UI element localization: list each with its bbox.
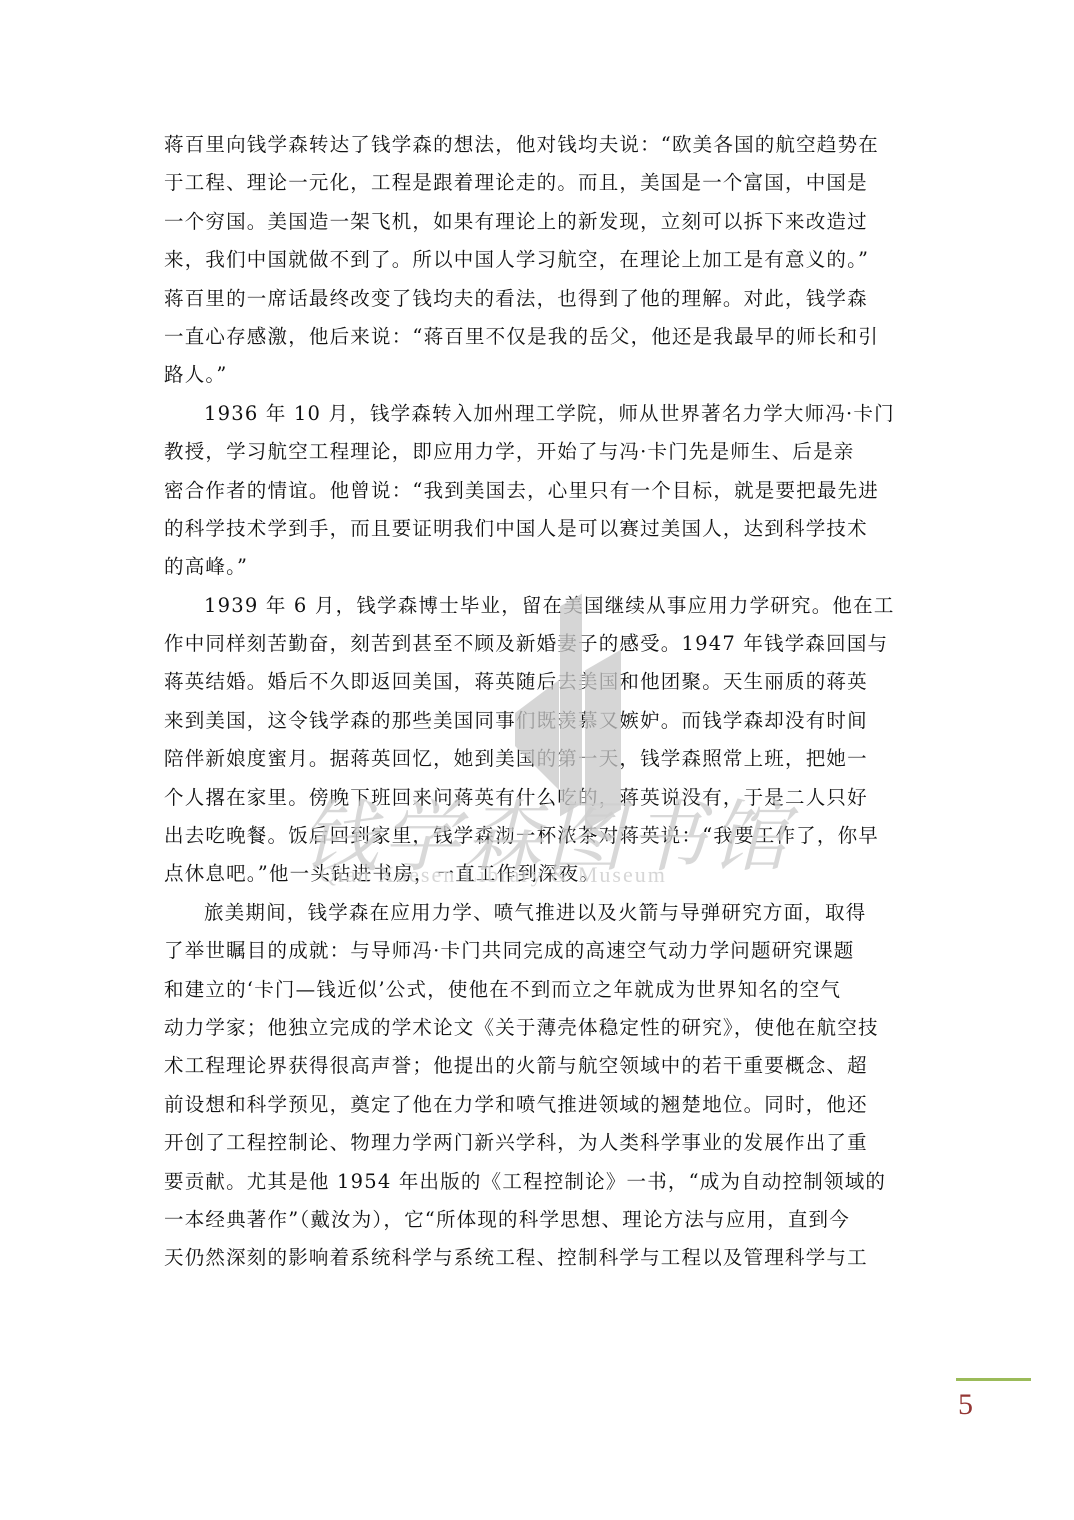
text-line: 蒋百里的一席话最终改变了钱均夫的看法，也得到了他的理解。对此，钱学森 (164, 280, 914, 318)
text-line: 教授，学习航空工程理论，即应用力学，开始了与冯·卡门先是师生、后是亲 (164, 433, 914, 471)
text-line: 天仍然深刻的影响着系统科学与系统工程、控制科学与工程以及管理科学与工 (164, 1239, 914, 1277)
body-text: 蒋百里向钱学森转达了钱学森的想法，他对钱均夫说：“欧美各国的航空趋势在于工程、理… (164, 126, 914, 1278)
text-line: 出去吃晚餐。饭后回到家里，钱学森沏一杯浓茶对蒋英说：“我要工作了，你早 (164, 817, 914, 855)
text-line: 了举世瞩目的成就：与导师冯·卡门共同完成的高速空气动力学问题研究课题 (164, 932, 914, 970)
text-line: 1939 年 6 月，钱学森博士毕业，留在美国继续从事应用力学研究。他在工 (164, 587, 914, 625)
text-line: 旅美期间，钱学森在应用力学、喷气推进以及火箭与导弹研究方面，取得 (164, 894, 914, 932)
text-line: 点休息吧。”他一头钻进书房，一直工作到深夜。 (164, 855, 914, 893)
text-line: 术工程理论界获得很高声誉；他提出的火箭与航空领域中的若干重要概念、超 (164, 1047, 914, 1085)
text-line: 来到美国，这令钱学森的那些美国同事们既羡慕又嫉妒。而钱学森却没有时间 (164, 702, 914, 740)
text-line: 前设想和科学预见，奠定了他在力学和喷气推进领域的翘楚地位。同时，他还 (164, 1086, 914, 1124)
text-line: 来，我们中国就做不到了。所以中国人学习航空，在理论上加工是有意义的。” (164, 241, 914, 279)
text-line: 和建立的‘卡门—钱近似’公式，使他在不到而立之年就成为世界知名的空气 (164, 971, 914, 1009)
text-line: 蒋百里向钱学森转达了钱学森的想法，他对钱均夫说：“欧美各国的航空趋势在 (164, 126, 914, 164)
text-line: 路人。” (164, 356, 914, 394)
footer-rule (956, 1378, 1031, 1381)
text-line: 的高峰。” (164, 548, 914, 586)
text-line: 个人撂在家里。傍晚下班回来问蒋英有什么吃的，蒋英说没有，于是二人只好 (164, 779, 914, 817)
text-line: 1936 年 10 月，钱学森转入加州理工学院，师从世界著名力学大师冯·卡门 (164, 395, 914, 433)
text-line: 一直心存感激，他后来说：“蒋百里不仅是我的岳父，他还是我最早的师长和引 (164, 318, 914, 356)
text-line: 开创了工程控制论、物理力学两门新兴学科，为人类科学事业的发展作出了重 (164, 1124, 914, 1162)
page-number: 5 (958, 1388, 973, 1422)
text-line: 陪伴新娘度蜜月。据蒋英回忆，她到美国的第一天，钱学森照常上班，把她一 (164, 740, 914, 778)
text-line: 密合作者的情谊。他曾说：“我到美国去，心里只有一个目标，就是要把最先进 (164, 472, 914, 510)
text-line: 一个穷国。美国造一架飞机，如果有理论上的新发现，立刻可以拆下来改造过 (164, 203, 914, 241)
text-line: 蒋英结婚。婚后不久即返回美国，蒋英随后去美国和他团聚。天生丽质的蒋英 (164, 663, 914, 701)
text-line: 要贡献。尤其是他 1954 年出版的《工程控制论》一书，“成为自动控制领域的 (164, 1163, 914, 1201)
document-page: 蒋百里向钱学森转达了钱学森的想法，他对钱均夫说：“欧美各国的航空趋势在于工程、理… (0, 0, 1074, 1520)
text-line: 一本经典著作”（戴汝为），它“所体现的科学思想、理论方法与应用，直到今 (164, 1201, 914, 1239)
text-line: 于工程、理论一元化，工程是跟着理论走的。而且，美国是一个富国，中国是 (164, 164, 914, 202)
text-line: 动力学家；他独立完成的学术论文《关于薄壳体稳定性的研究》，使他在航空技 (164, 1009, 914, 1047)
text-line: 作中同样刻苦勤奋，刻苦到甚至不顾及新婚妻子的感受。1947 年钱学森回国与 (164, 625, 914, 663)
text-line: 的科学技术学到手，而且要证明我们中国人是可以赛过美国人，达到科学技术 (164, 510, 914, 548)
